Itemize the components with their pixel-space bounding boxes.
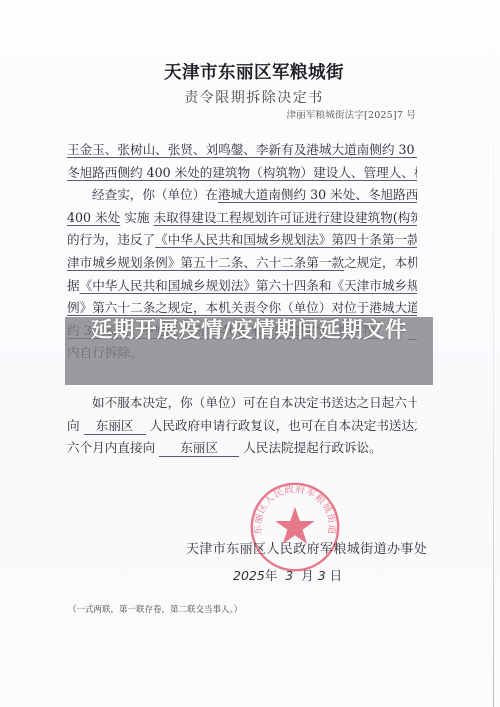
copy-note: （一式两联，第一联存卷，第二联交当事人。）: [68, 603, 242, 615]
addressee-line-1: 王金玉、张树山、张贤、刘鸣鏧、李新有及港城大道南侧约 30 米处、: [67, 139, 417, 162]
law-citation: 津市城乡规划条例》第五十二条、六十二条第一款: [67, 255, 344, 270]
body-text: 实施: [124, 210, 149, 225]
appeal-text: 六个月内直接向: [67, 440, 155, 455]
issuing-authority: 天津市东丽区人民政府军粮城街道办事处: [186, 538, 427, 557]
location-text: 400 米处: [67, 210, 120, 225]
date-day: 3: [318, 568, 326, 583]
law-citation: 《中华人民共和国城乡规划法》第四十条第一款和《天: [155, 232, 417, 247]
addressee-text: 冬旭路西侧约 400 米处的建筑物（构筑物）建设人、管理人、相关人：: [67, 165, 417, 180]
date-label: 月: [301, 568, 314, 583]
official-seal-icon: 天津市东丽区人民政府军粮城街道办事处: [249, 481, 341, 573]
appeal-text: 人民法院提起行政诉讼。: [243, 440, 382, 455]
appeal-text: 如不服本决定，你（单位）可在自本决定书送达之日起六十日内，: [92, 395, 417, 410]
violation-text: 未取得建设工程规划许可证进行建设建筑物(构筑物): [153, 210, 417, 225]
body-text: 的行为，违反了: [67, 232, 155, 247]
date-month: 3: [285, 568, 293, 583]
body-line-3: 经查实，你（单位）在港城大道南侧约 30 米处、冬旭路西侧约: [67, 184, 417, 207]
issuer-title: 天津市东丽区军粮城街: [0, 59, 500, 84]
appeal-line-3: 六个月内直接向 东丽区 人民法院提起行政诉讼。: [67, 437, 417, 460]
review-authority: 东丽区: [84, 418, 146, 435]
document-page: 天津市东丽区军粮城街 责令限期拆除决定书 津丽军粮城街法字[2025]7 号 王…: [0, 0, 500, 707]
body-line-7: 据《中华人民共和国城乡规划法》第六十四条和《天津市城乡规划条: [67, 275, 417, 298]
addressee-line-2: 冬旭路西侧约 400 米处的建筑物（构筑物）建设人、管理人、相关人：: [67, 162, 417, 185]
body-text: 之规定，本机关依: [344, 255, 417, 270]
body-text: 据: [67, 278, 80, 293]
body-line-5: 的行为，违反了《中华人民共和国城乡规划法》第四十条第一款和《天: [67, 229, 417, 252]
order-text: 例》第六十二条之规定，本机关责令你（单位）对位于港城大道南侧: [67, 300, 417, 315]
body-line-6: 津市城乡规划条例》第五十二条、六十二条第一款之规定，本机关依: [67, 252, 417, 275]
appeal-text: 人民政府申请行政复议，也可在自本决定书送达之日起: [150, 418, 417, 433]
appeal-line-1: 如不服本决定，你（单位）可在自本决定书送达之日起六十日内，: [67, 392, 417, 415]
issue-date: 2025年 3 月 3 日: [233, 566, 342, 584]
date-label: 年: [265, 568, 278, 583]
law-citation: 《中华人民共和国城乡规划法》第六十四条和《天津市城乡规划条: [80, 278, 417, 293]
addressee-text: 王金玉、张树山、张贤、刘鸣鏧、李新有及港城大道南侧约 30 米处、: [67, 142, 417, 157]
overlay-banner-text: 延期开展疫情/疫情期间延期文件: [65, 318, 433, 344]
body-line-4: 400 米处 实施 未取得建设工程规划许可证进行建设建筑物(构筑物): [67, 207, 417, 230]
appeal-line-2: 向 东丽区 人民政府申请行政复议，也可在自本决定书送达之日起: [67, 415, 417, 438]
court-authority: 东丽区: [159, 440, 239, 457]
date-year: 2025: [233, 568, 265, 583]
document-type-title: 责令限期拆除决定书: [0, 87, 500, 107]
date-label: 日: [330, 568, 343, 583]
location-text: 港城大道南侧约 30 米处、冬旭路西侧约: [218, 187, 417, 202]
document-number: 津丽军粮城街法字[2025]7 号: [286, 107, 416, 121]
appeal-paragraph: 如不服本决定，你（单位）可在自本决定书送达之日起六十日内， 向 东丽区 人民政府…: [67, 392, 417, 460]
body-text: 经查实，你（单位）在: [92, 187, 218, 202]
appeal-text: 向: [67, 418, 80, 433]
